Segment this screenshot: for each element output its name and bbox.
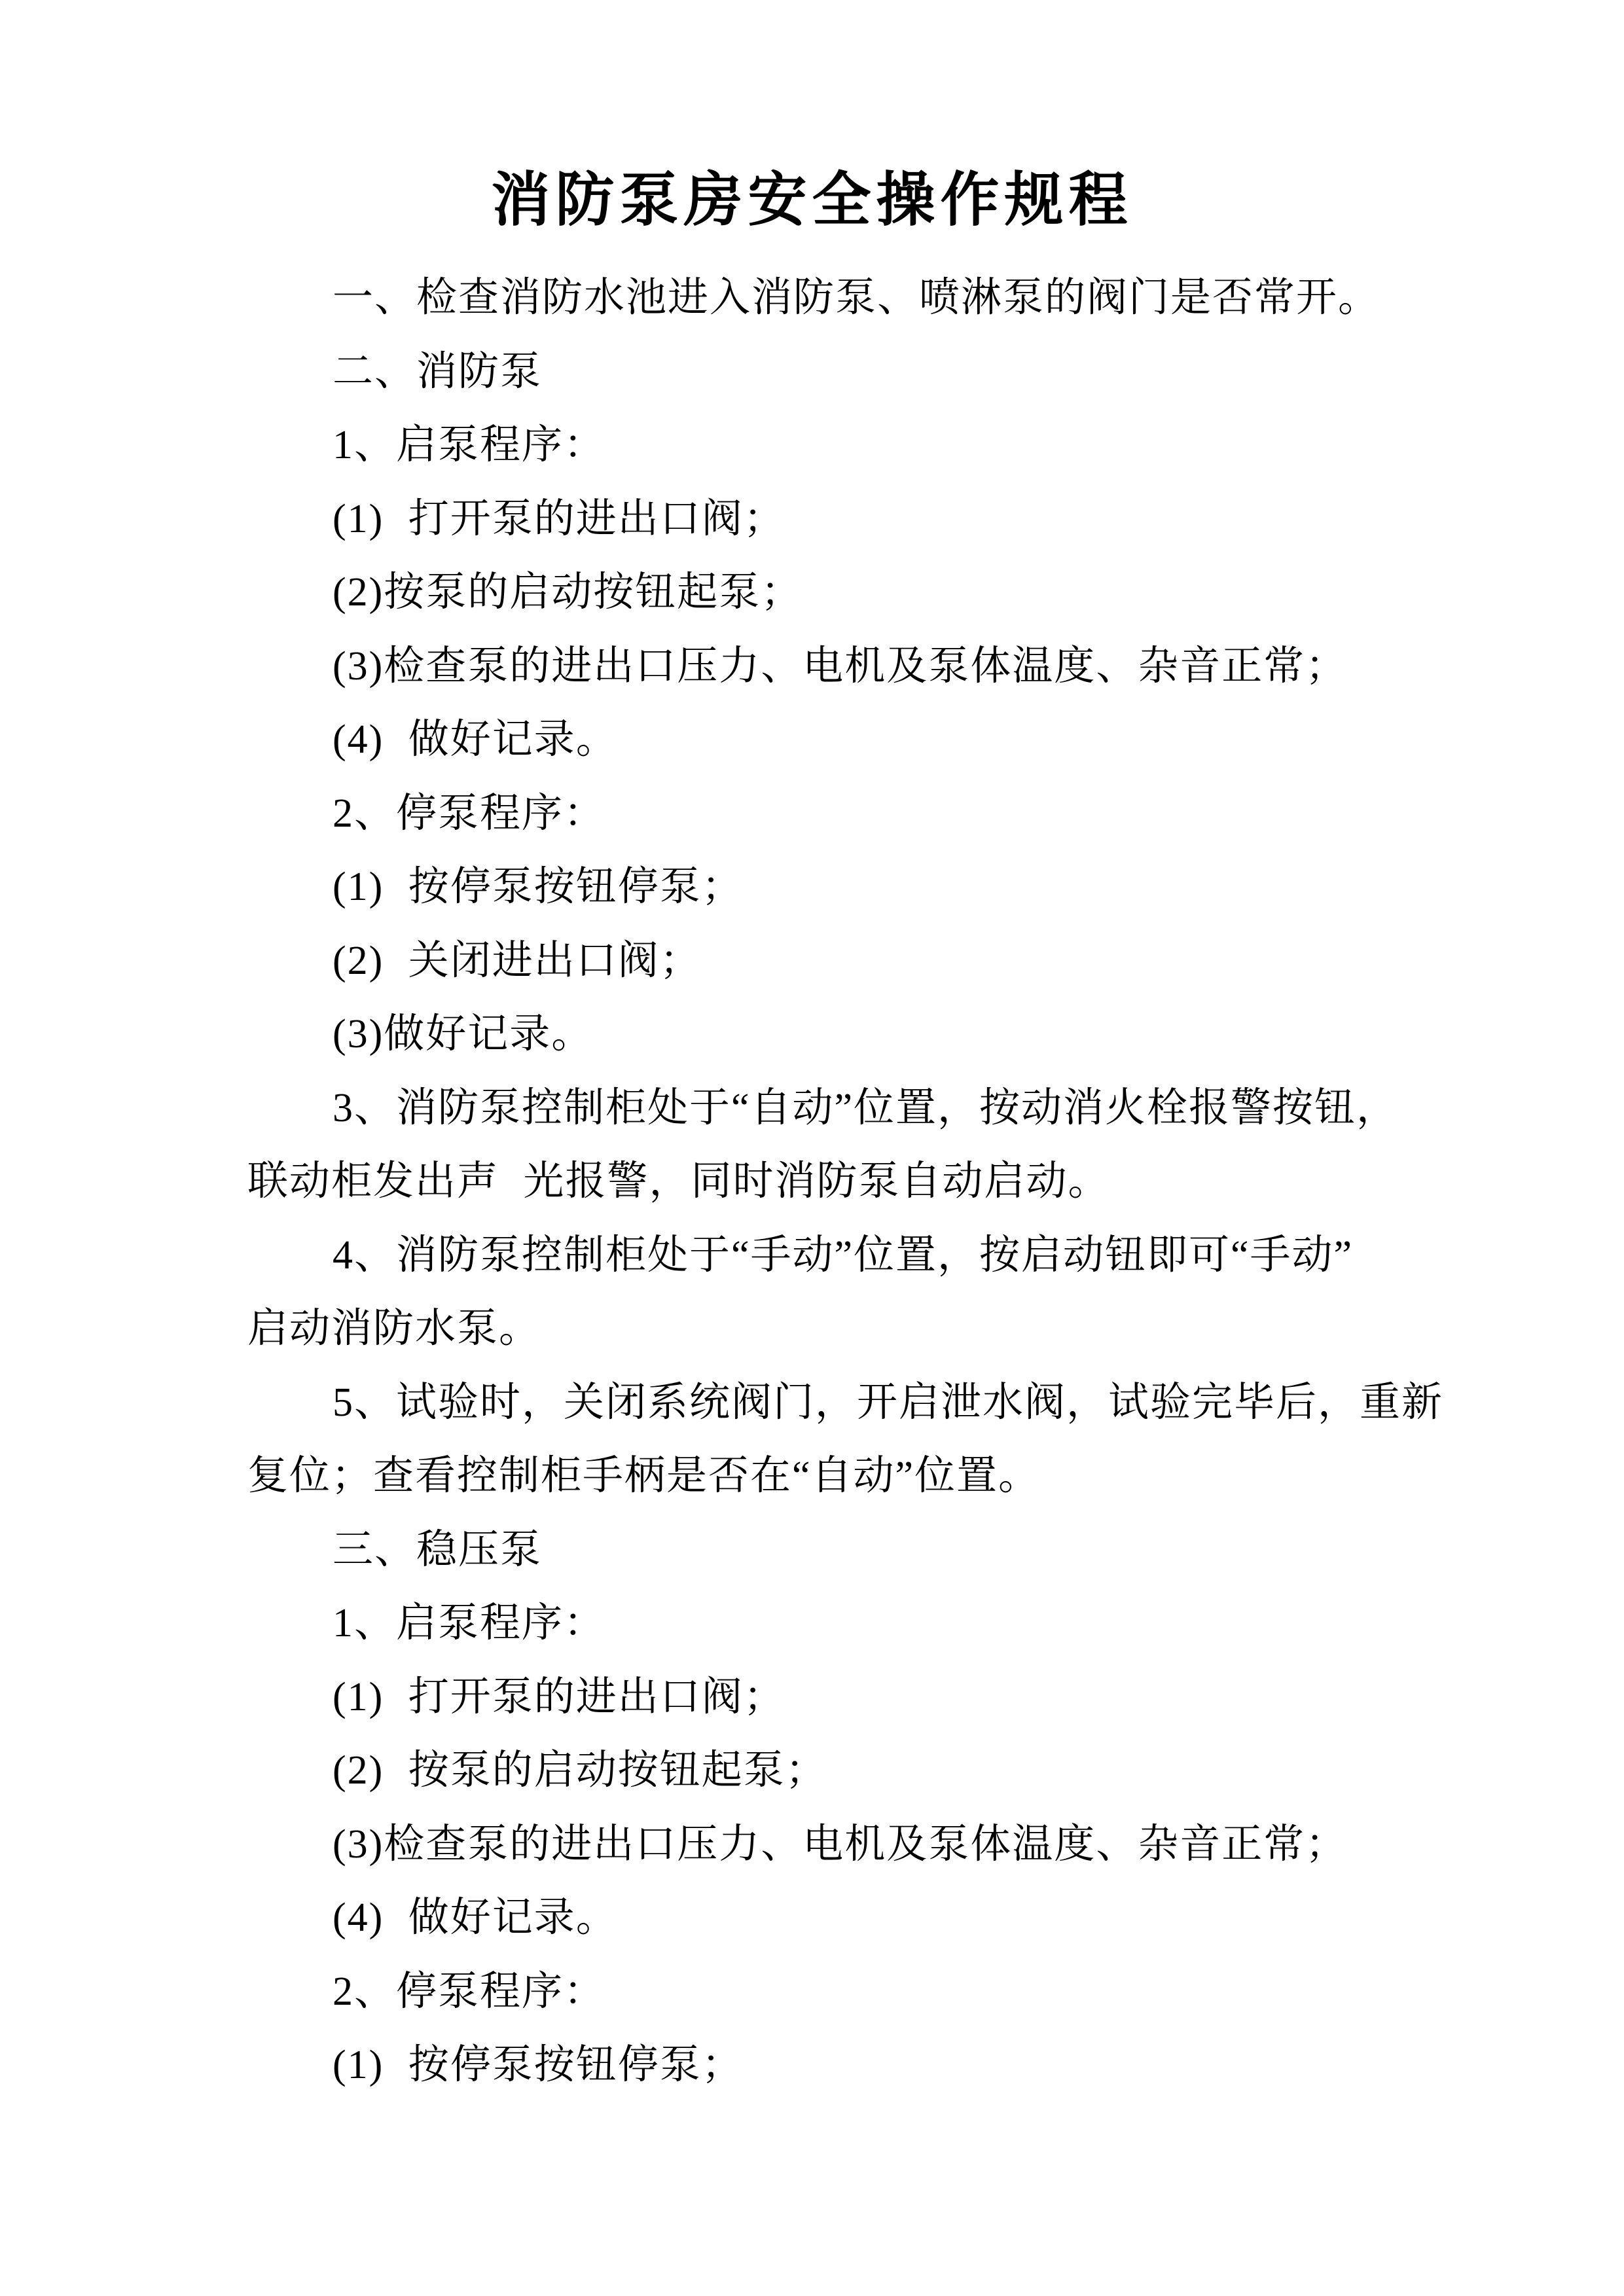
text-line: 3、消防泵控制柜处于“自动”位置，按动消火栓报警按钮， (247, 1071, 1624, 1145)
text-line: 一、检查消防水池进入消防泵、喷淋泵的阀门是否常开。 (247, 261, 1624, 335)
text-line: (1) 打开泵的进出口阀； (247, 482, 1624, 556)
text-line: (2) 关闭进出口阀； (247, 924, 1624, 998)
text-line: 启动消防水泵。 (247, 1292, 1624, 1366)
text-line: (1) 按停泵按钮停泵； (247, 2028, 1624, 2102)
text-line: (4) 做好记录。 (247, 1881, 1624, 1955)
text-line: 1、启泵程序： (247, 1587, 1624, 1660)
text-line: 2、停泵程序： (247, 777, 1624, 851)
text-line: 4、消防泵控制柜处于“手动”位置，按启动钮即可“手动” (247, 1219, 1624, 1293)
document-title: 消防泵房安全操作规程 (0, 162, 1624, 240)
text-line: 2、停泵程序： (247, 1955, 1624, 2029)
text-line: (1) 按停泵按钮停泵； (247, 850, 1624, 924)
text-line: (4) 做好记录。 (247, 703, 1624, 777)
document-page: 消防泵房安全操作规程 一、检查消防水池进入消防泵、喷淋泵的阀门是否常开。 二、消… (0, 0, 1624, 2296)
text-line: 三、稳压泵 (247, 1513, 1624, 1587)
text-line: 复位；查看控制柜手柄是否在“自动”位置。 (247, 1439, 1624, 1513)
text-line: 二、消防泵 (247, 335, 1624, 409)
text-line: (3)检查泵的进出口压力、电机及泵体温度、杂音正常； (247, 1808, 1624, 1882)
document-body: 一、检查消防水池进入消防泵、喷淋泵的阀门是否常开。 二、消防泵 1、启泵程序： … (247, 261, 1624, 2102)
text-line: 5、试验时，关闭系统阀门，开启泄水阀，试验完毕后，重新 (247, 1366, 1624, 1440)
text-line: (3)做好记录。 (247, 997, 1624, 1071)
text-line: (2) 按泵的启动按钮起泵； (247, 1734, 1624, 1808)
text-line: 联动柜发出声 光报警，同时消防泵自动启动。 (247, 1145, 1624, 1219)
text-line: (3)检查泵的进出口压力、电机及泵体温度、杂音正常； (247, 630, 1624, 704)
text-line: 1、启泵程序： (247, 408, 1624, 482)
text-line: (2)按泵的启动按钮起泵； (247, 556, 1624, 630)
text-line: (1) 打开泵的进出口阀； (247, 1660, 1624, 1734)
